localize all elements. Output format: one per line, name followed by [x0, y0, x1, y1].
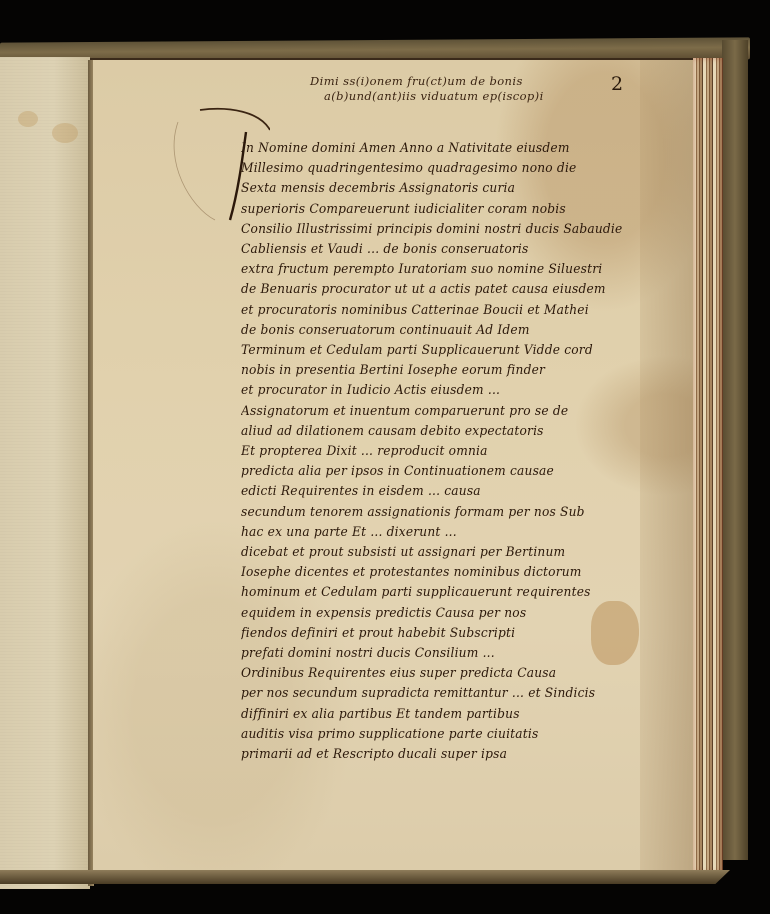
text-block-page-edges: [693, 58, 723, 873]
book-cover-bottom-edge: [0, 870, 730, 884]
header-line: Dimi ss(i)onem fru(ct)um de bonis: [310, 74, 570, 89]
text-line: prefati domini nostri ducis Consilium ..…: [241, 643, 629, 663]
foxing-edge-stain: [640, 60, 695, 870]
text-line: hominum et Cedulam parti supplicauerunt …: [241, 582, 629, 602]
text-line: Terminum et Cedulam parti Supplicauerunt…: [241, 340, 629, 360]
text-line: Ordinibus Requirentes eius super predict…: [241, 663, 629, 683]
text-line: extra fructum perempto Iuratoriam suo no…: [241, 259, 629, 279]
text-line: primarii ad et Rescripto ducali super ip…: [241, 744, 629, 764]
text-line: Consilio Illustrissimi principis domini …: [241, 219, 629, 239]
manuscript-scene: Dimi ss(i)onem fru(ct)um de bonis a(b)un…: [0, 0, 770, 914]
text-line: diffiniri ex alia partibus Et tandem par…: [241, 704, 629, 724]
text-line: nobis in presentia Bertini Iosephe eorum…: [241, 360, 629, 380]
left-page-verso: [0, 57, 90, 889]
text-line: hac ex una parte Et ... dixerunt ...: [241, 522, 629, 542]
text-line: Cabliensis et Vaudi ... de bonis conseru…: [241, 239, 629, 259]
text-line: de Benuaris procurator ut ut a actis pat…: [241, 279, 629, 299]
text-line: predicta alia per ipsos in Continuatione…: [241, 461, 629, 481]
text-line: Sexta mensis decembris Assignatoris curi…: [241, 178, 629, 198]
text-line: dicebat et prout subsisti ut assignari p…: [241, 542, 629, 562]
text-line: et procurator in Iudicio Actis eiusdem .…: [241, 380, 629, 400]
text-line: In Nomine domini Amen Anno a Nativitate …: [241, 138, 629, 158]
text-line: auditis visa primo supplicatione parte c…: [241, 724, 629, 744]
text-line: Assignatorum et inuentum comparuerunt pr…: [241, 401, 629, 421]
text-line: per nos secundum supradicta remittantur …: [241, 683, 629, 703]
text-line: Iosephe dicentes et protestantes nominib…: [241, 562, 629, 582]
header-line: a(b)und(ant)iis viduatum ep(iscop)i: [310, 89, 570, 104]
text-line: Et propterea Dixit ... reproducit omnia: [241, 441, 629, 461]
text-line: superioris Compareuerunt iudicialiter co…: [241, 199, 629, 219]
text-line: Millesimo quadringentesimo quadragesimo …: [241, 158, 629, 178]
text-line: fiendos definiri et prout habebit Subscr…: [241, 623, 629, 643]
text-line: edicti Requirentes in eisdem ... causa: [241, 481, 629, 501]
manuscript-body: In Nomine domini Amen Anno a Nativitate …: [241, 138, 641, 764]
text-line: de bonis conseruatorum continuauit Ad Id…: [241, 320, 629, 340]
book-cover-right-edge: [722, 40, 748, 860]
text-line: et procuratoris nominibus Catterinae Bou…: [241, 300, 629, 320]
text-line: secundum tenorem assignationis formam pe…: [241, 502, 629, 522]
stain: [52, 123, 78, 143]
page-header: Dimi ss(i)onem fru(ct)um de bonis a(b)un…: [310, 74, 570, 104]
text-line: aliud ad dilationem causam debito expect…: [241, 421, 629, 441]
folio-number: 2: [611, 73, 623, 95]
stain: [18, 111, 38, 127]
text-line: equidem in expensis predictis Causa per …: [241, 603, 629, 623]
